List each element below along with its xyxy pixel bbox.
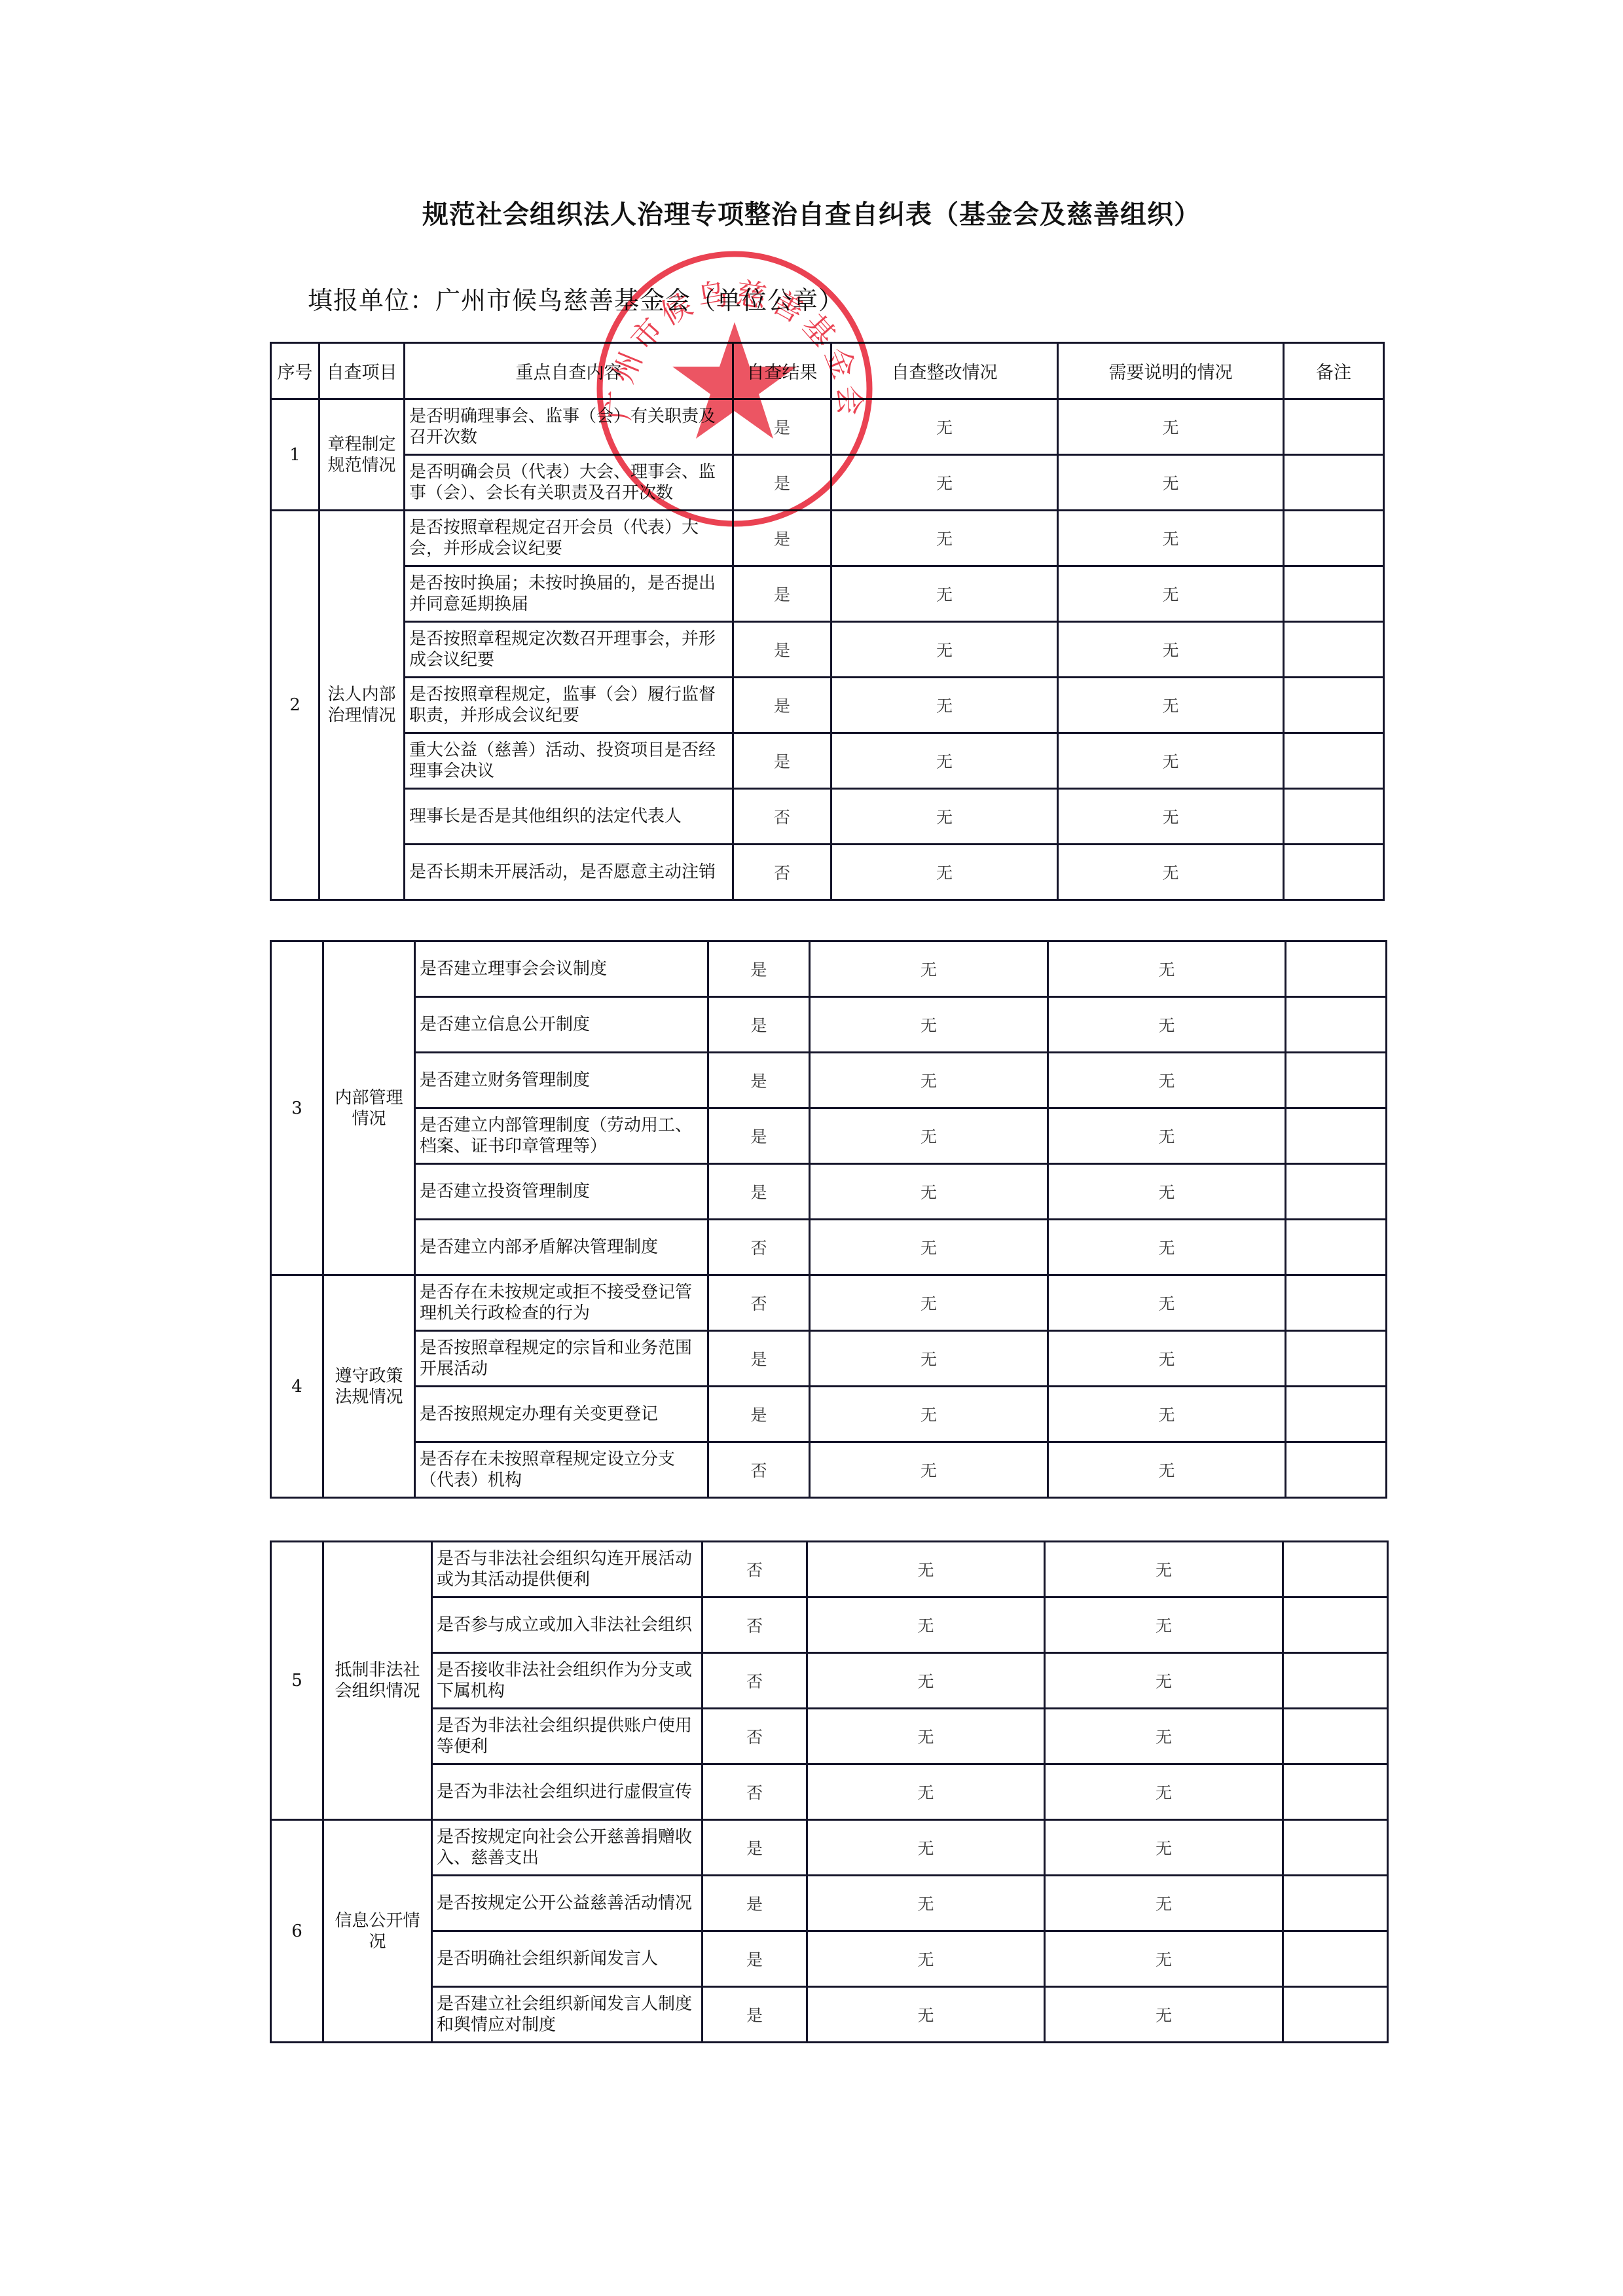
section-index: 2 <box>271 511 319 900</box>
header-note: 备注 <box>1284 343 1384 399</box>
table-row: 是否为非法社会组织提供账户使用等便利否无无 <box>271 1709 1388 1764</box>
note <box>1284 622 1384 678</box>
table-row: 是否明确会员（代表）大会、理事会、监事（会）、会长有关职责及召开次数是无无 <box>271 455 1384 511</box>
table-row: 5抵制非法社会组织情况是否与非法社会组织勾连开展活动或为其活动提供便利否无无 <box>271 1542 1388 1597</box>
check-result: 是 <box>708 1053 810 1108</box>
rectification-status: 无 <box>831 566 1058 622</box>
check-result: 否 <box>702 1709 807 1764</box>
explanation: 无 <box>1048 1053 1286 1108</box>
note <box>1283 1987 1388 2043</box>
check-content: 是否明确会员（代表）大会、理事会、监事（会）、会长有关职责及召开次数 <box>405 455 733 511</box>
check-result: 是 <box>733 733 831 789</box>
note <box>1283 1876 1388 1931</box>
note <box>1284 511 1384 566</box>
check-result: 否 <box>708 1275 810 1331</box>
explanation: 无 <box>1045 1542 1283 1597</box>
rectification-status: 无 <box>831 511 1058 566</box>
check-content: 是否存在未按规定或拒不接受登记管理机关行政检查的行为 <box>415 1275 708 1331</box>
header-rectification: 自查整改情况 <box>831 343 1058 399</box>
section-category: 章程制定规范情况 <box>319 399 405 511</box>
section-category: 法人内部治理情况 <box>319 511 405 900</box>
check-result: 是 <box>733 511 831 566</box>
check-content: 是否按照章程规定的宗旨和业务范围开展活动 <box>415 1331 708 1387</box>
check-content: 是否为非法社会组织提供账户使用等便利 <box>432 1709 702 1764</box>
check-result: 是 <box>708 941 810 997</box>
explanation: 无 <box>1048 997 1286 1053</box>
note <box>1284 566 1384 622</box>
explanation: 无 <box>1048 1220 1286 1275</box>
rectification-status: 无 <box>807 1820 1045 1876</box>
note <box>1284 789 1384 845</box>
check-content: 是否建立财务管理制度 <box>415 1053 708 1108</box>
table-row: 3内部管理情况是否建立理事会会议制度是无无 <box>271 941 1387 997</box>
reporting-unit: 填报单位：广州市候鸟慈善基金会（单位公章） <box>308 280 844 316</box>
explanation: 无 <box>1048 941 1286 997</box>
rectification-status: 无 <box>810 1331 1048 1387</box>
rectification-status: 无 <box>831 622 1058 678</box>
rectification-status: 无 <box>831 455 1058 511</box>
note <box>1286 1275 1387 1331</box>
rectification-status: 无 <box>807 1931 1045 1987</box>
table-row: 是否按照规定办理有关变更登记是无无 <box>271 1387 1387 1442</box>
table-row: 是否建立内部管理制度（劳动用工、档案、证书印章管理等）是无无 <box>271 1108 1387 1164</box>
table-row: 是否建立内部矛盾解决管理制度否无无 <box>271 1220 1387 1275</box>
check-result: 是 <box>702 1820 807 1876</box>
note <box>1286 1108 1387 1164</box>
rectification-status: 无 <box>831 678 1058 733</box>
explanation: 无 <box>1045 1876 1283 1931</box>
table-row: 是否按照章程规定的宗旨和业务范围开展活动是无无 <box>271 1331 1387 1387</box>
header-category: 自查项目 <box>319 343 405 399</box>
rectification-status: 无 <box>807 1542 1045 1597</box>
note <box>1283 1653 1388 1709</box>
check-content: 理事长是否是其他组织的法定代表人 <box>405 789 733 845</box>
rectification-status: 无 <box>810 1442 1048 1498</box>
check-content: 是否明确理事会、监事（会）有关职责及召开次数 <box>405 399 733 455</box>
header-explanation: 需要说明的情况 <box>1058 343 1284 399</box>
check-content: 是否建立内部管理制度（劳动用工、档案、证书印章管理等） <box>415 1108 708 1164</box>
check-result: 是 <box>708 1387 810 1442</box>
table-row: 4遵守政策法规情况是否存在未按规定或拒不接受登记管理机关行政检查的行为否无无 <box>271 1275 1387 1331</box>
check-result: 否 <box>702 1597 807 1653</box>
note <box>1286 1387 1387 1442</box>
note <box>1286 1220 1387 1275</box>
rectification-status: 无 <box>807 1653 1045 1709</box>
check-content: 是否按照章程规定次数召开理事会，并形成会议纪要 <box>405 622 733 678</box>
table-row: 是否接收非法社会组织作为分支或下属机构否无无 <box>271 1653 1388 1709</box>
check-content: 重大公益（慈善）活动、投资项目是否经理事会决议 <box>405 733 733 789</box>
explanation: 无 <box>1058 511 1284 566</box>
note <box>1286 1053 1387 1108</box>
explanation: 无 <box>1058 733 1284 789</box>
check-content: 是否按照规定办理有关变更登记 <box>415 1387 708 1442</box>
explanation: 无 <box>1058 566 1284 622</box>
check-result: 是 <box>708 1164 810 1220</box>
explanation: 无 <box>1058 399 1284 455</box>
rectification-status: 无 <box>807 1709 1045 1764</box>
explanation: 无 <box>1048 1387 1286 1442</box>
header-content: 重点自查内容 <box>405 343 733 399</box>
table-row: 是否长期未开展活动，是否愿意主动注销否无无 <box>271 845 1384 900</box>
rectification-status: 无 <box>831 845 1058 900</box>
explanation: 无 <box>1058 455 1284 511</box>
check-content: 是否长期未开展活动，是否愿意主动注销 <box>405 845 733 900</box>
explanation: 无 <box>1045 1764 1283 1820</box>
note <box>1286 941 1387 997</box>
check-content: 是否接收非法社会组织作为分支或下属机构 <box>432 1653 702 1709</box>
rectification-status: 无 <box>807 1876 1045 1931</box>
rectification-status: 无 <box>810 997 1048 1053</box>
table-row: 是否按时换届；未按时换届的，是否提出并同意延期换届是无无 <box>271 566 1384 622</box>
note <box>1286 1331 1387 1387</box>
note <box>1284 733 1384 789</box>
check-content: 是否明确社会组织新闻发言人 <box>432 1931 702 1987</box>
note <box>1284 845 1384 900</box>
rectification-status: 无 <box>807 1987 1045 2043</box>
explanation: 无 <box>1045 1820 1283 1876</box>
table-row: 是否按照章程规定，监事（会）履行监督职责，并形成会议纪要是无无 <box>271 678 1384 733</box>
note <box>1283 1597 1388 1653</box>
check-result: 是 <box>708 997 810 1053</box>
table-row: 是否建立财务管理制度是无无 <box>271 1053 1387 1108</box>
check-content: 是否按照章程规定，监事（会）履行监督职责，并形成会议纪要 <box>405 678 733 733</box>
explanation: 无 <box>1058 622 1284 678</box>
check-result: 否 <box>702 1653 807 1709</box>
check-result: 是 <box>733 455 831 511</box>
rectification-status: 无 <box>810 941 1048 997</box>
table-row: 1章程制定规范情况是否明确理事会、监事（会）有关职责及召开次数是无无 <box>271 399 1384 455</box>
check-content: 是否按照章程规定召开会员（代表）大会，并形成会议纪要 <box>405 511 733 566</box>
table-row: 2法人内部治理情况是否按照章程规定召开会员（代表）大会，并形成会议纪要是无无 <box>271 511 1384 566</box>
check-content: 是否建立内部矛盾解决管理制度 <box>415 1220 708 1275</box>
rectification-status: 无 <box>810 1275 1048 1331</box>
table-row: 是否建立社会组织新闻发言人制度和舆情应对制度是无无 <box>271 1987 1388 2043</box>
check-result: 否 <box>702 1764 807 1820</box>
rectification-status: 无 <box>810 1053 1048 1108</box>
note <box>1283 1931 1388 1987</box>
check-result: 否 <box>702 1542 807 1597</box>
table-row: 理事长是否是其他组织的法定代表人否无无 <box>271 789 1384 845</box>
table-row: 是否参与成立或加入非法社会组织否无无 <box>271 1597 1388 1653</box>
header-result: 自查结果 <box>733 343 831 399</box>
note <box>1283 1764 1388 1820</box>
explanation: 无 <box>1045 1931 1283 1987</box>
note <box>1286 997 1387 1053</box>
check-content: 是否存在未按照章程规定设立分支（代表）机构 <box>415 1442 708 1498</box>
rectification-status: 无 <box>831 399 1058 455</box>
check-content: 是否参与成立或加入非法社会组织 <box>432 1597 702 1653</box>
note <box>1283 1820 1388 1876</box>
explanation: 无 <box>1058 678 1284 733</box>
table-row: 6信息公开情况是否按规定向社会公开慈善捐赠收入、慈善支出是无无 <box>271 1820 1388 1876</box>
table-row: 是否按照章程规定次数召开理事会，并形成会议纪要是无无 <box>271 622 1384 678</box>
table-row: 重大公益（慈善）活动、投资项目是否经理事会决议是无无 <box>271 733 1384 789</box>
table-row: 是否为非法社会组织进行虚假宣传否无无 <box>271 1764 1388 1820</box>
note <box>1284 678 1384 733</box>
rectification-status: 无 <box>810 1108 1048 1164</box>
explanation: 无 <box>1048 1331 1286 1387</box>
explanation: 无 <box>1045 1709 1283 1764</box>
section-index: 5 <box>271 1542 323 1820</box>
check-result: 是 <box>708 1331 810 1387</box>
self-check-table-part-2: 3内部管理情况是否建立理事会会议制度是无无是否建立信息公开制度是无无是否建立财务… <box>270 940 1387 1499</box>
note <box>1284 399 1384 455</box>
check-content: 是否按时换届；未按时换届的，是否提出并同意延期换届 <box>405 566 733 622</box>
check-result: 是 <box>733 399 831 455</box>
section-category: 遵守政策法规情况 <box>323 1275 415 1498</box>
check-result: 是 <box>702 1931 807 1987</box>
note <box>1284 455 1384 511</box>
rectification-status: 无 <box>831 733 1058 789</box>
section-index: 3 <box>271 941 323 1275</box>
check-result: 否 <box>733 789 831 845</box>
check-result: 否 <box>733 845 831 900</box>
check-content: 是否建立投资管理制度 <box>415 1164 708 1220</box>
rectification-status: 无 <box>810 1220 1048 1275</box>
section-category: 信息公开情况 <box>323 1820 432 2043</box>
check-content: 是否与非法社会组织勾连开展活动或为其活动提供便利 <box>432 1542 702 1597</box>
self-check-table-part-3: 5抵制非法社会组织情况是否与非法社会组织勾连开展活动或为其活动提供便利否无无是否… <box>270 1540 1389 2043</box>
rectification-status: 无 <box>807 1764 1045 1820</box>
explanation: 无 <box>1045 1653 1283 1709</box>
rectification-status: 无 <box>810 1164 1048 1220</box>
explanation: 无 <box>1048 1275 1286 1331</box>
note <box>1286 1164 1387 1220</box>
check-result: 否 <box>708 1220 810 1275</box>
table-row: 是否建立投资管理制度是无无 <box>271 1164 1387 1220</box>
table-row: 是否存在未按照章程规定设立分支（代表）机构否无无 <box>271 1442 1387 1498</box>
table-row: 是否明确社会组织新闻发言人是无无 <box>271 1931 1388 1987</box>
explanation: 无 <box>1058 845 1284 900</box>
explanation: 无 <box>1048 1164 1286 1220</box>
table-row: 是否建立信息公开制度是无无 <box>271 997 1387 1053</box>
check-content: 是否按规定公开公益慈善活动情况 <box>432 1876 702 1931</box>
note <box>1286 1442 1387 1498</box>
check-result: 否 <box>708 1442 810 1498</box>
explanation: 无 <box>1045 1987 1283 2043</box>
check-result: 是 <box>708 1108 810 1164</box>
section-index: 4 <box>271 1275 323 1498</box>
self-check-table-part-1: 序号 自查项目 重点自查内容 自查结果 自查整改情况 需要说明的情况 备注 1章… <box>270 342 1385 901</box>
document-title: 规范社会组织法人治理专项整治自查自纠表（基金会及慈善组织） <box>0 194 1623 231</box>
check-content: 是否建立信息公开制度 <box>415 997 708 1053</box>
rectification-status: 无 <box>831 789 1058 845</box>
check-result: 是 <box>702 1876 807 1931</box>
check-result: 是 <box>733 622 831 678</box>
explanation: 无 <box>1048 1108 1286 1164</box>
rectification-status: 无 <box>810 1387 1048 1442</box>
explanation: 无 <box>1048 1442 1286 1498</box>
check-result: 是 <box>733 678 831 733</box>
check-content: 是否为非法社会组织进行虚假宣传 <box>432 1764 702 1820</box>
check-result: 是 <box>733 566 831 622</box>
check-content: 是否建立社会组织新闻发言人制度和舆情应对制度 <box>432 1987 702 2043</box>
check-content: 是否建立理事会会议制度 <box>415 941 708 997</box>
explanation: 无 <box>1045 1597 1283 1653</box>
check-result: 是 <box>702 1987 807 2043</box>
check-content: 是否按规定向社会公开慈善捐赠收入、慈善支出 <box>432 1820 702 1876</box>
section-index: 6 <box>271 1820 323 2043</box>
rectification-status: 无 <box>807 1597 1045 1653</box>
explanation: 无 <box>1058 789 1284 845</box>
header-index: 序号 <box>271 343 319 399</box>
section-index: 1 <box>271 399 319 511</box>
section-category: 抵制非法社会组织情况 <box>323 1542 432 1820</box>
note <box>1283 1542 1388 1597</box>
table-header-row: 序号 自查项目 重点自查内容 自查结果 自查整改情况 需要说明的情况 备注 <box>271 343 1384 399</box>
note <box>1283 1709 1388 1764</box>
section-category: 内部管理情况 <box>323 941 415 1275</box>
table-row: 是否按规定公开公益慈善活动情况是无无 <box>271 1876 1388 1931</box>
